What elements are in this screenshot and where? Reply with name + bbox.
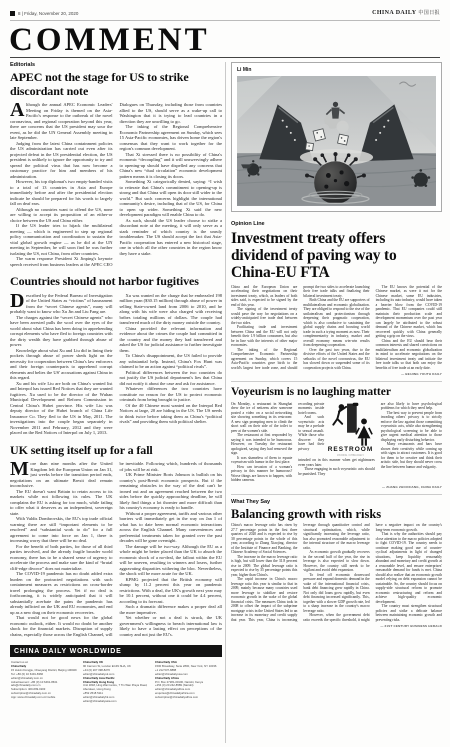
paragraph: Without a proper agreement, tariffs and … [120, 511, 223, 544]
restroom-sign-label: RESTROOM [326, 448, 375, 453]
paragraph: As such, should the US leader choose to … [120, 218, 223, 257]
paragraph: How can invasion of a woman's privacy in… [231, 465, 292, 483]
paragraph: China's macro leverage ratio has risen b… [231, 523, 297, 555]
editorials-label: Editorials [10, 62, 222, 68]
editorial-body: Described by the Federal Bureau of Inves… [10, 293, 222, 436]
paragraph: The COVID-19 pandemic has no doubt added… [10, 571, 113, 615]
worldwide-box: CHINA DAILY WORLDWIDE Contact us at:Chin… [10, 645, 222, 704]
paragraph: On Monday, a restaurant in Shanghai drew… [231, 402, 292, 434]
paragraph: China and the EU should bear their commo… [376, 339, 442, 371]
opinion-headline: Investment treaty offers dividend of pav… [231, 230, 442, 281]
opinion-source: — BEIJING YOUTH DAILY [231, 372, 442, 376]
paragraph: Described by the Federal Bureau of Inves… [10, 293, 113, 315]
paragraph: Xu was wanted on the charge that he embe… [120, 293, 223, 326]
editorial-headline: APEC not the stage for US to strike disc… [10, 71, 222, 98]
editorial-apec: APEC not the stage for US to strike disc… [10, 71, 222, 267]
paragraph: App: www.chinadaily.com.cn/mobile [11, 696, 77, 700]
page-marker-icon [10, 11, 15, 16]
paragraph: Judging from the latest China containmen… [10, 141, 113, 180]
voyeurism-col3: are also likely to have psychological pr… [381, 402, 442, 483]
paragraph: However, his top diplomat's two empty-ha… [10, 179, 113, 207]
paragraph: To China's disappointment, the US failed… [120, 353, 223, 370]
paragraph: recording private moments inside hotel r… [298, 402, 324, 416]
voyeurism-col2: recording private moments inside hotel r… [298, 402, 375, 483]
opinion-column: Li Min [231, 62, 442, 628]
what-they-say-body: China's macro leverage ratio has risen b… [231, 523, 442, 622]
paragraph: Something Xi categorically denied, sayin… [120, 179, 223, 218]
header-rule [10, 20, 440, 21]
paragraph: editor@chinadailyasia.com [83, 700, 149, 704]
worldwide-column-1: Contact us at:China Daily15 Huixin Dongj… [11, 661, 77, 704]
paragraph: subscription@chinadailyafrica.com [155, 696, 221, 700]
paragraph: Facilitating trade and investment betwee… [231, 325, 297, 348]
paragraph: The country must strengthen structural p… [376, 604, 442, 622]
restroom-illustration: RESTROOM JIN DING / CHINA DAILY [326, 402, 375, 458]
paragraph: Those engaging in such voyeuristic acts … [298, 467, 375, 476]
editorial-cartoon: Li Min [231, 62, 442, 212]
paragraph: With Valdis Dombrovskis, the EU's top tr… [10, 516, 113, 544]
paragraph: Yet whether or not a deal is struck, the… [120, 615, 223, 637]
section-masthead: COMMENT [9, 22, 210, 59]
paragraph: It was shameless of them to equate voyeu… [231, 456, 292, 465]
opinion-line-label: Opinion Line [231, 221, 442, 227]
what-they-say-label: What They Say [231, 499, 442, 505]
page-date: 8 | Friday, November 20, 2020 [18, 11, 78, 16]
paragraph: KPMG projected that the British economy … [120, 577, 223, 605]
paragraph: The EU knows the potential of the Chines… [376, 285, 442, 339]
paragraph: Many restaurants and bars have shown the… [381, 442, 442, 469]
paragraph: Of the 40 Chinese most wanted on the Int… [120, 403, 223, 425]
paragraph: As economic growth gradually recovers in… [303, 550, 369, 573]
paragraph: Whatever differences the two countries h… [120, 386, 223, 403]
top-meta-bar: 8 | Friday, November 20, 2020 CHINA DAIL… [10, 9, 440, 16]
paragraph: If the US leader tries to hijack the mul… [10, 223, 113, 256]
newspaper-page: 8 | Friday, November 20, 2020 CHINA DAIL… [0, 0, 450, 747]
paragraph: The damage will be two-way. Although the… [120, 544, 223, 577]
paragraph: Political differences between the two co… [120, 370, 223, 387]
paragraph: intruded on in this manner when get nigh… [298, 458, 375, 467]
paragraph: UK Prime Minister Boris Johnson is bulli… [120, 472, 223, 511]
paragraph: Xu and his wife Liu are both on China's … [10, 381, 113, 436]
brand: CHINA DAILY 中国日报 [372, 9, 440, 16]
paragraph: The restaurant at first responded by say… [231, 433, 292, 456]
opinion-body: China and the European Union are acceler… [231, 285, 442, 371]
masthead-rule [10, 57, 440, 58]
editorial-uk: UK setting itself up for a fall More tha… [10, 444, 222, 638]
paragraph: The increase in the macro leverage ratio… [231, 555, 297, 578]
paragraph: For the benefit of both parties, for tho… [10, 544, 113, 572]
paragraph: Although no countries want to offend the… [10, 207, 113, 224]
voyeurism-col1: On Monday, a restaurant in Shanghai drew… [231, 402, 292, 483]
paragraph: The signing of the investment treaty wou… [231, 307, 297, 325]
paragraph: To fend off economic downward pressure a… [303, 573, 369, 614]
paragraph: The EU doesn't want Britain to retain ac… [10, 489, 113, 517]
voyeurism-col2-side-text: recording private moments inside hotel r… [298, 402, 324, 458]
voyeurism-headline: Voyeurism is no laughing matter [231, 386, 442, 399]
brand-english: CHINA DAILY [372, 10, 416, 16]
editorial-body: Although the annual APEC Economic Leader… [10, 102, 222, 267]
sinking-ship-cartoon-illustration [237, 76, 436, 206]
page-info: 8 | Friday, November 20, 2020 [10, 11, 78, 16]
paragraph: The best way to prevent people from inva… [381, 411, 442, 443]
paragraph: Over the past two years, due to the divi… [303, 348, 369, 371]
paragraph: And such voyeuristic acts may be a prelu… [298, 415, 324, 451]
paragraph: China provided the relevant information … [120, 326, 223, 354]
brand-chinese: 中国日报 [418, 11, 440, 16]
what-they-say-article: What They Say Balancing growth with risk… [231, 499, 442, 629]
section-rule [231, 494, 442, 495]
worldwide-column-3: China Daily USA1500 Broadway, Suite 2800… [155, 661, 221, 704]
voyeurism-body: On Monday, a restaurant in Shanghai drew… [231, 402, 442, 483]
paragraph: Both China and the EU are supporters of … [303, 298, 369, 348]
paragraph: Knowledge about what Xu and Liu did in l… [10, 348, 113, 381]
worldwide-column-2: China Daily UK90 Cannon St, London EC4N … [83, 661, 149, 704]
voyeurism-col2-bottom-text: intruded on in this manner when get nigh… [298, 458, 375, 476]
editorial-body: More than nine months after the United K… [10, 461, 222, 637]
editorial-headline: UK setting itself up for a fall [10, 444, 222, 458]
peeping-cartoon-illustration [326, 402, 375, 447]
section-rule [231, 381, 442, 382]
paragraph: That Xi stressed there is no possibility… [120, 152, 223, 180]
paragraph: Such a dramatic difference makes a prope… [120, 604, 223, 615]
paragraph: China and the European Union are acceler… [231, 285, 297, 308]
worldwide-columns: Contact us at:China Daily15 Huixin Dongj… [10, 657, 222, 704]
editorials-column: Editorials APEC not the stage for US to … [10, 62, 222, 704]
what-they-say-headline: Balancing growth with risks [231, 508, 442, 521]
paragraph: Although the annual APEC Economic Leader… [10, 102, 113, 141]
voyeurism-source: — ZHANG ZHOUXIANG, CHINA DAILY [231, 485, 442, 489]
paragraph: That is why the authorities should pay c… [376, 532, 442, 604]
paragraph: The inking of the Regional Comprehensive… [120, 124, 223, 152]
editorial-headline: Countries should not harbor fugitives [10, 275, 222, 289]
paragraph: The charges against the “secret Chinese … [10, 315, 113, 348]
what-they-say-source: — 21ST CENTURY BUSINESS HERALD [231, 624, 442, 628]
paragraph: are also likely to have psychological pr… [381, 402, 442, 411]
editorial-fugitives: Countries should not harbor fugitives De… [10, 275, 222, 436]
paragraph: More than nine months after the United K… [10, 461, 113, 489]
voyeurism-article: Voyeurism is no laughing matter On Monda… [231, 386, 442, 489]
column-divider [225, 62, 226, 743]
cartoon-credit: Li Min [237, 67, 436, 73]
worldwide-title: CHINA DAILY WORLDWIDE [10, 645, 222, 657]
